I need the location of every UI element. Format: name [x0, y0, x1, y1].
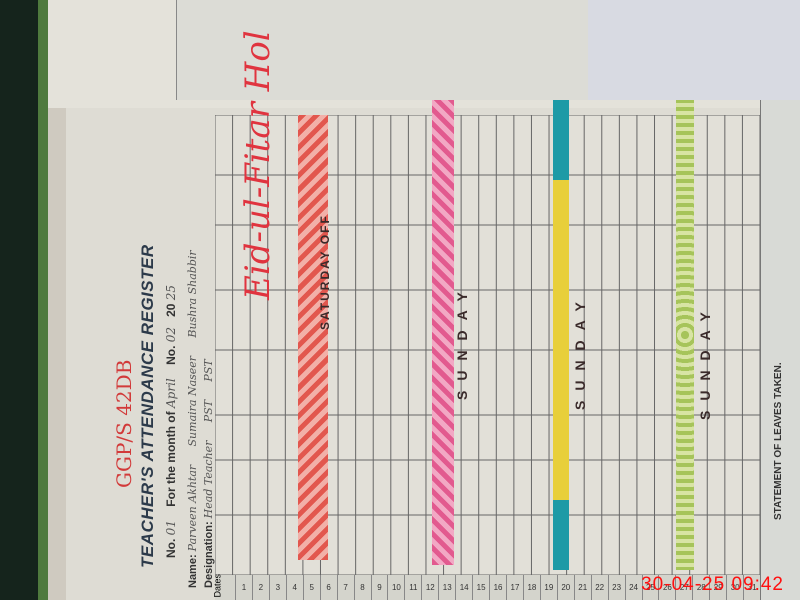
- date-cell: 1: [235, 575, 252, 600]
- previous-page-right: [588, 0, 800, 100]
- teacher-2-designation: PST: [202, 400, 215, 422]
- date-cell: 10: [387, 575, 404, 600]
- no-label: No.: [164, 539, 178, 558]
- sunday-band-3: [676, 100, 694, 570]
- leaves-statement: STATEMENT OF LEAVES TAKEN.: [760, 100, 800, 600]
- sunday-label-3: SUNDAY: [697, 302, 713, 420]
- date-cell: 20: [557, 575, 574, 600]
- page-stub: [48, 108, 66, 600]
- saturday-off-label: SATURDAY OFF: [318, 214, 332, 330]
- register-title: TEACHER'S ATTENDANCE REGISTER: [138, 244, 158, 568]
- register-header: GGP/S 42DB TEACHER'S ATTENDANCE REGISTER…: [68, 98, 218, 588]
- teacher-3-designation: PST: [202, 359, 215, 381]
- register-no: 02: [164, 327, 178, 342]
- date-cell: 13: [438, 575, 455, 600]
- date-cell: 5: [303, 575, 320, 600]
- teacher-1-designation: Head Teacher: [202, 441, 215, 519]
- date-cell: 11: [404, 575, 421, 600]
- teacher-2-name: Sumaira Naseer: [186, 356, 199, 447]
- date-cell: 6: [320, 575, 337, 600]
- date-cell: 3: [269, 575, 286, 600]
- previous-page: [48, 0, 800, 108]
- sunday-band-1: [432, 100, 454, 565]
- teacher-1-name: Parveen Akhtar: [186, 465, 199, 551]
- name-label: Name:: [187, 554, 199, 588]
- date-cell: 18: [523, 575, 540, 600]
- date-cell: 9: [371, 575, 388, 600]
- eid-holiday-note: Eid-ul-Fitar Hol: [238, 30, 278, 300]
- teacher-names-row: Name: Parveen Akhtar Sumaira Naseer Bush…: [186, 250, 199, 588]
- date-cell: 16: [489, 575, 506, 600]
- date-cell: 12: [421, 575, 438, 600]
- designation-row: Designation: Head Teacher PST PST: [202, 359, 215, 588]
- sunday-label-1: SUNDAY: [454, 282, 470, 400]
- page-no: 01: [164, 520, 178, 535]
- timestamp-overlay: 30-04-25 09:42: [641, 574, 784, 596]
- month-label: For the month of: [164, 411, 178, 506]
- date-cell: 14: [455, 575, 472, 600]
- date-cell: 19: [540, 575, 557, 600]
- sunday-label-2: SUNDAY: [572, 292, 588, 410]
- date-cell: 24: [625, 575, 642, 600]
- teacher-3-name: Bushra Shabbir: [186, 250, 199, 337]
- date-cell: 21: [574, 575, 591, 600]
- year-prefix: 20: [164, 304, 178, 317]
- date-cell: 2: [252, 575, 269, 600]
- no-label-2: No.: [164, 346, 178, 365]
- year-suffix: 25: [164, 285, 178, 300]
- date-cell: 8: [354, 575, 371, 600]
- dates-label: Dates: [213, 578, 238, 598]
- month-line: No. 01 For the month of April No. 02 20 …: [164, 285, 178, 558]
- date-cell: 17: [506, 575, 523, 600]
- date-cell: 23: [608, 575, 625, 600]
- month-value: April: [164, 378, 178, 408]
- date-cell: 22: [591, 575, 608, 600]
- school-code: GGP/S 42DB: [112, 360, 136, 488]
- saturday-off-band: [298, 115, 328, 560]
- leaves-title: STATEMENT OF LEAVES TAKEN.: [773, 362, 784, 520]
- date-cell: 7: [337, 575, 354, 600]
- date-cell: 15: [472, 575, 489, 600]
- sunday-band-2-yellow: [553, 180, 569, 500]
- date-cell: 4: [286, 575, 303, 600]
